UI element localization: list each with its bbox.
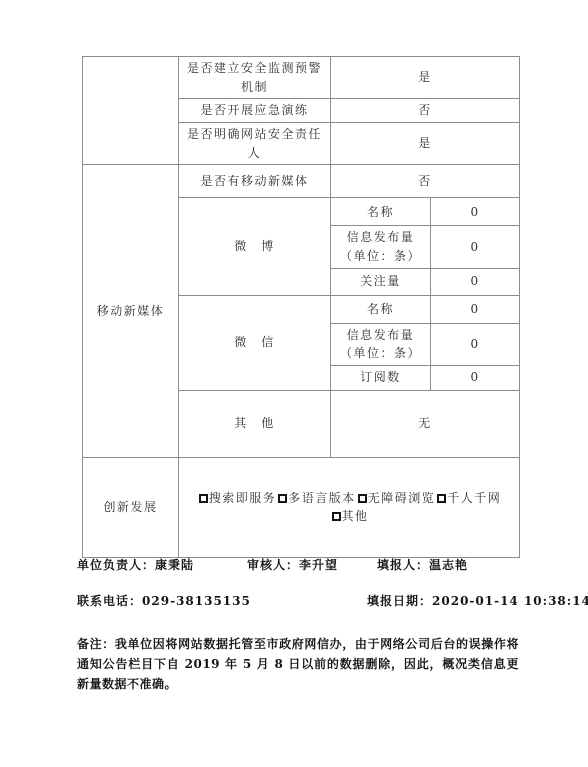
value-security-responsible-person: 是 — [331, 123, 520, 165]
innovation-options: 搜索即服务多语言版本无障碍浏览千人千网其他 — [179, 457, 520, 557]
unit-head-value: 康秉陆 — [155, 558, 194, 572]
phone-label: 联系电话： — [77, 594, 142, 608]
value-weibo-name: 0 — [431, 198, 520, 226]
label-wechat-posts: 信息发布量 （单位：条） — [331, 323, 431, 365]
unit-head-label: 单位负责人： — [77, 558, 155, 572]
option-label: 千人千网 — [447, 491, 501, 505]
label-weibo-followers: 关注量 — [331, 268, 431, 295]
label-weibo-posts: 信息发布量 （单位：条） — [331, 226, 431, 268]
value-other-media: 无 — [331, 390, 520, 457]
option-label: 搜索即服务 — [209, 491, 277, 505]
phone-field: 联系电话：029-38135135 — [77, 592, 251, 609]
option-personalized-web: 千人千网 — [435, 491, 501, 505]
option-multilingual: 多语言版本 — [276, 491, 356, 505]
reviewer-field: 审核人：李升望 — [247, 556, 338, 573]
value-has-mobile-media: 否 — [331, 165, 520, 198]
date-field: 填报日期：2020-01-14 10:38:14 — [367, 592, 588, 609]
checkbox-personalized-web[interactable] — [437, 494, 446, 503]
label-wechat-name: 名称 — [331, 295, 431, 323]
value-wechat-subscribers: 0 — [431, 365, 520, 390]
remark-label: 备注： — [77, 637, 115, 651]
checkbox-other[interactable] — [332, 512, 341, 521]
value-wechat-name: 0 — [431, 295, 520, 323]
label-security-monitoring: 是否建立安全监测预警机制 — [179, 57, 331, 99]
date-label: 填报日期： — [367, 594, 432, 608]
category-innovation: 创新发展 — [83, 457, 179, 557]
filler-field: 填报人：温志艳 — [377, 556, 468, 573]
checkbox-accessibility[interactable] — [358, 494, 367, 503]
phone-value: 029-38135135 — [142, 594, 251, 608]
report-table: 是否建立安全监测预警机制 是 是否开展应急演练 否 是否明确网站安全责任人 是 … — [82, 56, 520, 558]
filler-label: 填报人： — [377, 558, 429, 572]
option-accessibility: 无障碍浏览 — [356, 491, 436, 505]
filler-value: 温志艳 — [429, 558, 468, 572]
category-cell-empty — [83, 57, 179, 165]
label-wechat-subscribers: 订阅数 — [331, 365, 431, 390]
label-has-mobile-media: 是否有移动新媒体 — [179, 165, 331, 198]
report-page: 是否建立安全监测预警机制 是 是否开展应急演练 否 是否明确网站安全责任人 是 … — [0, 0, 588, 767]
remark-paragraph: 备注：我单位因将网站数据托管至市政府网信办，由于网络公司后台的误操作将通知公告栏… — [77, 634, 519, 694]
option-label: 多语言版本 — [288, 491, 356, 505]
checkbox-multilingual[interactable] — [278, 494, 287, 503]
value-weibo-followers: 0 — [431, 268, 520, 295]
category-mobile-media: 移动新媒体 — [83, 165, 179, 457]
unit-head-field: 单位负责人：康秉陆 — [77, 556, 194, 573]
remark-text: 我单位因将网站数据托管至市政府网信办，由于网络公司后台的误操作将通知公告栏目下自… — [77, 637, 519, 691]
option-label: 无障碍浏览 — [368, 491, 436, 505]
option-search-as-service: 搜索即服务 — [197, 491, 277, 505]
label-security-responsible-person: 是否明确网站安全责任人 — [179, 123, 331, 165]
value-security-monitoring: 是 — [331, 57, 520, 99]
label-weibo-name: 名称 — [331, 198, 431, 226]
value-wechat-posts: 0 — [431, 323, 520, 365]
option-label: 其他 — [342, 509, 369, 523]
value-emergency-drill: 否 — [331, 99, 520, 123]
date-value: 2020-01-14 10:38:14 — [432, 594, 588, 608]
checkbox-search-as-service[interactable] — [199, 494, 208, 503]
label-wechat: 微 信 — [179, 295, 331, 390]
reviewer-label: 审核人： — [247, 558, 299, 572]
reviewer-value: 李升望 — [299, 558, 338, 572]
label-other-media: 其 他 — [179, 390, 331, 457]
value-weibo-posts: 0 — [431, 226, 520, 268]
option-other: 其他 — [330, 509, 369, 523]
label-weibo: 微 博 — [179, 198, 331, 295]
label-emergency-drill: 是否开展应急演练 — [179, 99, 331, 123]
